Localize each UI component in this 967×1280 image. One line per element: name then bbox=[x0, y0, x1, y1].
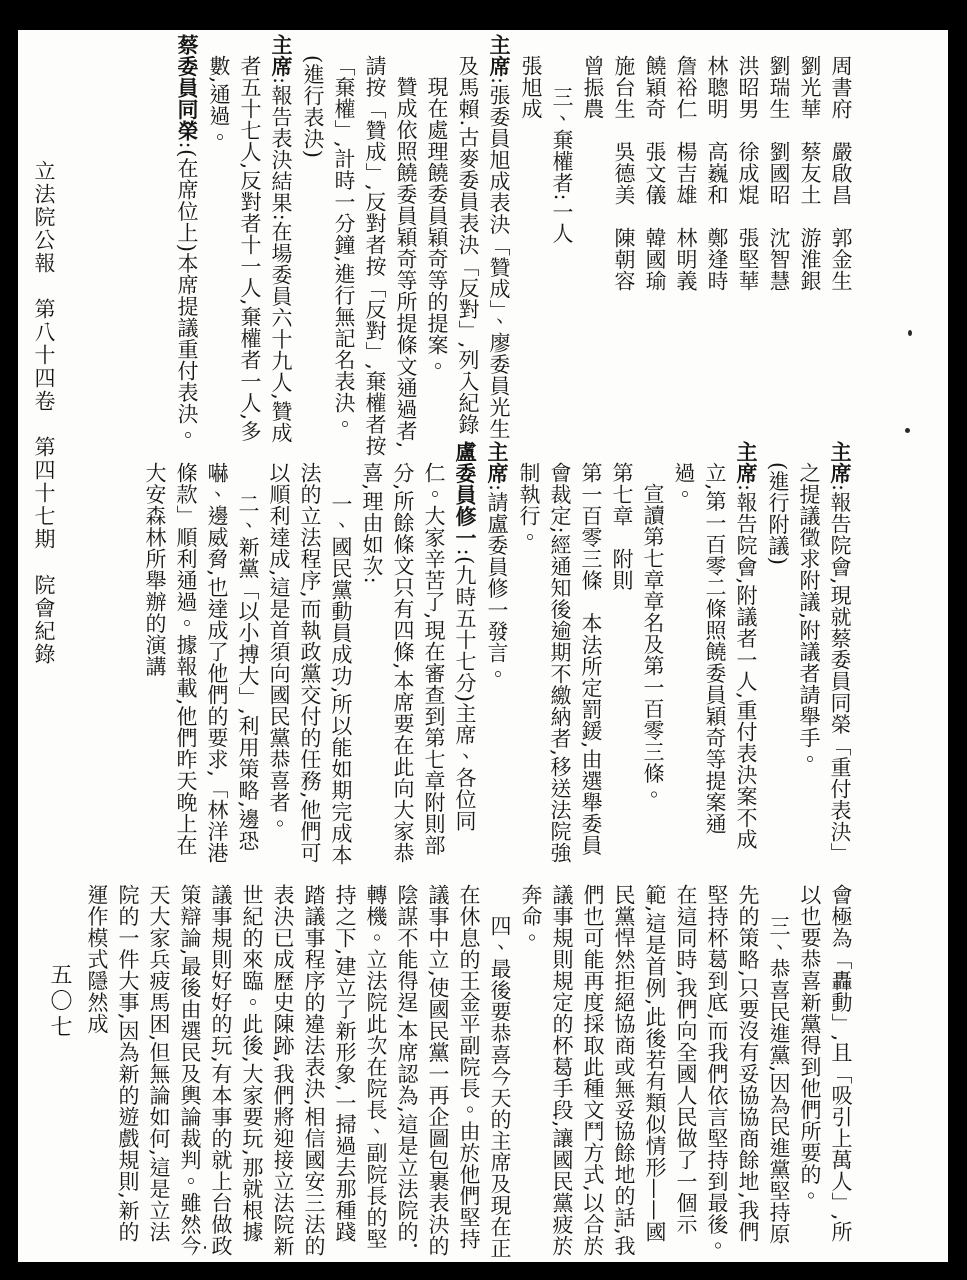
paragraph: 二、新黨「以小搏大」,利用策略,邊恐嚇、邊威脅,也達成了他們的要求,「林洋港條款… bbox=[139, 462, 263, 872]
paragraph: 現在處理饒委員穎奇等的提案。 bbox=[421, 55, 452, 457]
paragraph: (進行附議) bbox=[762, 462, 793, 872]
speech-paragraph: 主席:請盧委員修一發言。 bbox=[481, 462, 513, 872]
legislator-name-column: 劉光華 蔡友土 游淮銀 bbox=[794, 55, 825, 457]
scan-speck bbox=[908, 330, 912, 336]
speech-paragraph: 主席:張委員旭成表決「贊成」、廖委員光生及馬賴.古麥委員表決「反對」,列入紀錄。 bbox=[452, 55, 515, 457]
legislator-name-column: 洪昭男 徐成焜 張堅華 bbox=[732, 55, 763, 457]
paragraph: 一、國民黨動員成功,所以能如期完成本法的立法程序,而執政黨交付的任務,他們可以順… bbox=[263, 462, 356, 872]
speaker-name: 盧委員修一 bbox=[453, 441, 478, 549]
legislator-name-column: 周書府 嚴啟昌 郭金生 bbox=[825, 55, 856, 457]
speech-paragraph: 主席:報告表決結果:在場委員六十九人,贊成者五十七人,反對者十一人,棄權者一人,… bbox=[203, 55, 297, 457]
speaker-name: 主席 bbox=[487, 34, 512, 77]
paragraph: 宣讀第七章章名及第一百零三條。 bbox=[637, 462, 668, 872]
speaker-name: 蔡委員同榮 bbox=[175, 34, 200, 142]
legislator-name-column: 曾振農 bbox=[577, 55, 608, 457]
scan-speck bbox=[414, 1244, 417, 1247]
legislator-name-column: 劉瑞生 劉國昭 沈智慧 bbox=[763, 55, 794, 457]
paragraph: 四、最後要恭喜今天的主席及現在正在休息的王金平副院長。由於他們堅持議事中立,使國… bbox=[81, 884, 515, 1260]
gazette-page: 立法院公報 第八十四卷 第四十七期 院會紀錄 五〇七 周書府 嚴啟昌 郭金生劉光… bbox=[18, 30, 948, 1262]
legislator-name-column: 饒穎奇 張文儀 韓國瑜 bbox=[639, 55, 670, 457]
legislator-name-column: 林聰明 高巍和 鄭逢時 bbox=[701, 55, 732, 457]
section-speech-continuation: 會極為「轟動」,且「吸引上萬人」,所以也要恭喜新黨得到他們所要的。三、恭喜民進黨… bbox=[72, 884, 856, 1260]
legislator-name-column: 施台生 吳德美 陳朝容 bbox=[608, 55, 639, 457]
section-motion-and-article: 主席:報告院會,現就蔡委員同榮「重付表決」之提議徵求附議,附議者請舉手。(進行附… bbox=[72, 462, 856, 872]
speaker-name: 主席 bbox=[734, 441, 759, 484]
paragraph: 會極為「轟動」,且「吸引上萬人」,所以也要恭喜新黨得到他們所要的。 bbox=[794, 884, 856, 1260]
speech-paragraph: 主席:報告院會,現就蔡委員同榮「重付表決」之提議徵求附議,附議者請舉手。 bbox=[793, 462, 856, 872]
paragraph: 第七章 附則 bbox=[606, 462, 637, 872]
section-voting-record: 周書府 嚴啟昌 郭金生劉光華 蔡友土 游淮銀劉瑞生 劉國昭 沈智慧洪昭男 徐成焜… bbox=[72, 55, 856, 457]
speaker-name: 主席 bbox=[269, 34, 294, 77]
journal-title: 立法院公報 第八十四卷 第四十七期 院會紀錄 bbox=[32, 160, 56, 666]
paragraph: 三、棄權者:一人 bbox=[546, 55, 577, 457]
paragraph: (進行表決) bbox=[297, 55, 328, 457]
paragraph: 第一百零三條 本法所定罰鍰,由選舉委員會裁定;經通知後逾期不繳納者,移送法院強制… bbox=[513, 462, 606, 872]
paragraph: 贊成依照饒委員穎奇等所提條文通過者,請按「贊成」,反對者按「反對」,棄權者按「棄… bbox=[328, 55, 421, 457]
speech-paragraph: 主席:報告院會,附議者一人,重付表決案不成立,第一百零二條照饒委員穎奇等提案通過… bbox=[668, 462, 762, 872]
legislator-name-column: 詹裕仁 楊吉雄 林明義 bbox=[670, 55, 701, 457]
paragraph: 三、恭喜民進黨,因為民進黨堅持原先的策略,只要沒有妥協協商餘地,我們堅持杯葛到底… bbox=[515, 884, 794, 1260]
speech-paragraph: 盧委員修一:(九時五十七分)主席、各位同仁。大家辛苦了,現在審查到第七章附則部分… bbox=[356, 462, 481, 872]
scan-speck bbox=[204, 1246, 206, 1249]
speech-paragraph: 蔡委員同榮:(在席位上)本席提議重付表決。 bbox=[171, 55, 203, 457]
speaker-name: 主席 bbox=[828, 441, 853, 484]
page-number: 五〇七 bbox=[46, 963, 72, 1041]
paragraph: 張旭成 bbox=[515, 55, 546, 457]
speaker-name: 主席 bbox=[485, 441, 510, 484]
scan-speck bbox=[905, 428, 910, 433]
